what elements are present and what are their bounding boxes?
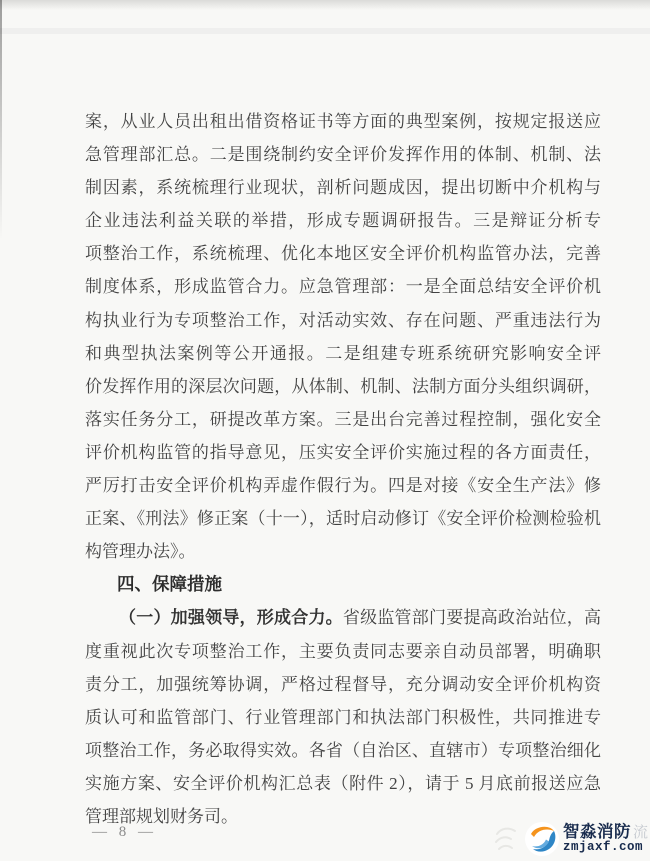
body-line: 度重视此次专项整治工作，主要负责同志要亲自动员部署，明确职 bbox=[85, 635, 601, 668]
page-number: — 8 — bbox=[92, 824, 157, 841]
body-line: 质认可和监管部门、行业管理部门和执法部门积极性，共同推进专 bbox=[85, 701, 601, 734]
body-line: 评价机构监管的指导意见，压实安全评价实施过程的各方面责任， bbox=[85, 436, 601, 469]
scan-edge-left bbox=[0, 0, 2, 240]
scan-edge-top bbox=[0, 0, 650, 10]
brand-logo-icon bbox=[524, 821, 560, 857]
scan-band-artifact bbox=[0, 28, 650, 34]
site-watermark: 智淼消防 流 zmjaxf.com bbox=[493, 821, 648, 857]
body-line: 项整治工作，系统梳理、优化本地区安全评价机构监管办法，完善 bbox=[85, 237, 601, 270]
faint-scribble-decoration bbox=[493, 822, 521, 856]
watermark-brand-suffix: 流 bbox=[633, 825, 648, 841]
body-line: 案，从业人员出租出借资格证书等方面的典型案例，按规定报送应 bbox=[85, 105, 601, 138]
body-line: 制度体系，形成监管合力。应急管理部：一是全面总结安全评价机 bbox=[85, 270, 601, 303]
body-line: 实施方案、安全评价机构汇总表（附件 2），请于 5 月底前报送应急 bbox=[85, 767, 601, 800]
body-line: 急管理部汇总。二是围绕制约安全评价发挥作用的体制、机制、法 bbox=[85, 138, 601, 171]
watermark-domain: zmjaxf.com bbox=[563, 841, 648, 854]
body-line: 和典型执法案例等公开通报。二是组建专班系统研究影响安全评 bbox=[85, 337, 601, 370]
paragraph-lead-bold: （一）加强领导，形成合力。 bbox=[119, 608, 343, 627]
body-line: 正案、《刑法》修正案（十一），适时启动修订《安全评价检测检验机 bbox=[85, 502, 601, 535]
document-body: 案，从业人员出租出借资格证书等方面的典型案例，按规定报送应 急管理部汇总。二是围… bbox=[85, 105, 601, 833]
body-line: 落实任务分工，研提改革方案。三是出台完善过程控制，强化安全 bbox=[85, 403, 601, 436]
paragraph-lead-rest: 省级监管部门要提高政治站位，高 bbox=[343, 608, 601, 627]
scanned-document-page: 案，从业人员出租出借资格证书等方面的典型案例，按规定报送应 急管理部汇总。二是围… bbox=[0, 0, 650, 861]
watermark-brand-name: 智淼消防 bbox=[563, 824, 631, 841]
body-line: 构执业行为专项整治工作，对活动实效、存在问题、严重违法行为 bbox=[85, 304, 601, 337]
body-line: 价发挥作用的深层次问题，从体制、机制、法制方面分头组织调研， bbox=[85, 370, 601, 403]
body-line: 构管理办法》。 bbox=[85, 535, 601, 568]
body-line: 责分工，加强统筹协调，严格过程督导，充分调动安全评价机构资 bbox=[85, 668, 601, 701]
body-line: 严厉打击安全评价机构弄虚作假行为。四是对接《安全生产法》修 bbox=[85, 469, 601, 502]
watermark-text: 智淼消防 流 zmjaxf.com bbox=[563, 824, 648, 854]
body-line: 制因素，系统梳理行业现状，剖析问题成因，提出切断中介机构与 bbox=[85, 171, 601, 204]
body-line: 项整治工作，务必取得实效。各省（自治区、直辖市）专项整治细化 bbox=[85, 734, 601, 767]
body-line: （一）加强领导，形成合力。省级监管部门要提高政治站位，高 bbox=[85, 601, 601, 634]
body-line: 企业违法利益关联的举措，形成专题调研报告。三是辩证分析专 bbox=[85, 204, 601, 237]
section-heading: 四、保障措施 bbox=[85, 568, 601, 601]
